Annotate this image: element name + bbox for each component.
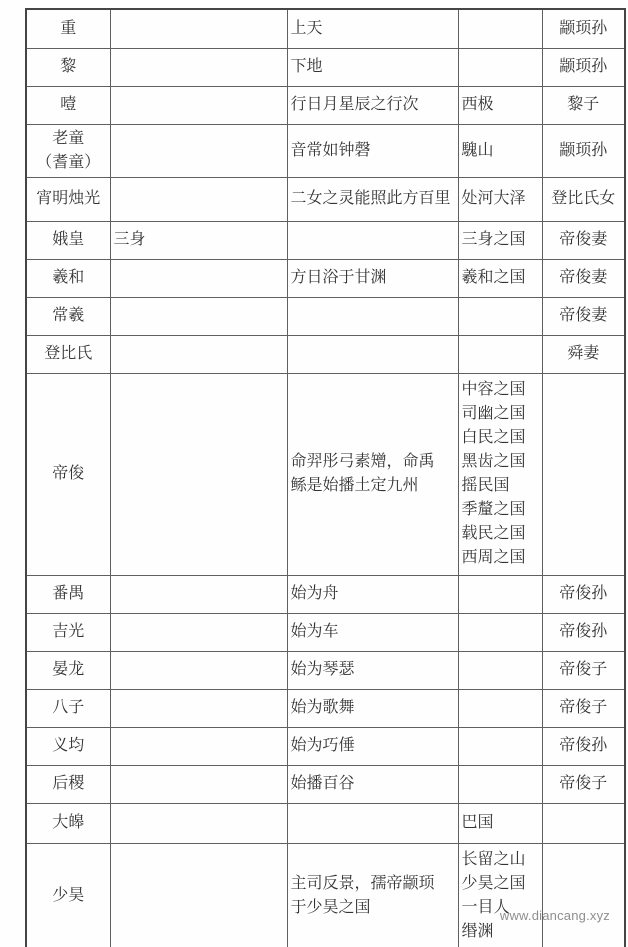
cell-figure-name: 宵明烛光 [26, 177, 110, 221]
cell-figure-place [458, 297, 542, 335]
cell-figure-name: 娥皇 [26, 221, 110, 259]
cell-figure-name: 老童 （耆童） [26, 124, 110, 177]
cell-figure-form [110, 613, 287, 651]
cell-figure-deeds: 下地 [287, 48, 458, 86]
cell-figure-name: 黎 [26, 48, 110, 86]
cell-figure-relation: 帝俊孙 [542, 613, 625, 651]
table-row: 帝俊 命羿彤弓素矰，命禹 鲧是始播土定九州 中容之国 司幽之国 白民之国 黑齿之… [26, 373, 625, 575]
cell-figure-place: 三身之国 [458, 221, 542, 259]
table-row: 番禺 始为舟 帝俊孙 [26, 575, 625, 613]
cell-figure-deeds [287, 297, 458, 335]
cell-figure-place [458, 613, 542, 651]
cell-figure-form [110, 803, 287, 843]
cell-figure-place [458, 9, 542, 48]
cell-figure-form [110, 124, 287, 177]
cell-figure-name: 重 [26, 9, 110, 48]
table-row: 后稷 始播百谷 帝俊子 [26, 765, 625, 803]
cell-figure-relation: 帝俊妻 [542, 297, 625, 335]
table-row: 老童 （耆童） 音常如钟磬 騩山 颛顼孙 [26, 124, 625, 177]
cell-figure-deeds: 主司反景，孺帝颛顼 于少昊之国 [287, 843, 458, 947]
cell-figure-place [458, 575, 542, 613]
cell-figure-place: 长留之山 少昊之国 一目人 缗渊 [458, 843, 542, 947]
mythology-figures-table: 重 上天 颛顼孙 黎 下地 颛顼孙 噎 行日月星辰之行次 西极 黎子 [25, 8, 626, 947]
cell-figure-relation: 颛顼孙 [542, 124, 625, 177]
cell-figure-deeds: 上天 [287, 9, 458, 48]
table-row: 常羲 帝俊妻 [26, 297, 625, 335]
cell-figure-name: 少昊 [26, 843, 110, 947]
cell-figure-place [458, 335, 542, 373]
cell-figure-relation: 帝俊子 [542, 651, 625, 689]
cell-figure-form [110, 48, 287, 86]
cell-figure-deeds: 始为车 [287, 613, 458, 651]
cell-figure-form [110, 651, 287, 689]
cell-figure-relation [542, 803, 625, 843]
table-body: 重 上天 颛顼孙 黎 下地 颛顼孙 噎 行日月星辰之行次 西极 黎子 [26, 9, 625, 947]
cell-figure-relation: 帝俊妻 [542, 259, 625, 297]
cell-figure-form [110, 373, 287, 575]
cell-figure-place [458, 765, 542, 803]
cell-figure-place [458, 689, 542, 727]
cell-figure-deeds: 始播百谷 [287, 765, 458, 803]
table-row: 羲和 方日浴于甘渊 羲和之国 帝俊妻 [26, 259, 625, 297]
table-row: 黎 下地 颛顼孙 [26, 48, 625, 86]
cell-figure-name: 吉光 [26, 613, 110, 651]
cell-figure-deeds [287, 335, 458, 373]
table-row: 重 上天 颛顼孙 [26, 9, 625, 48]
scanned-document-page: 重 上天 颛顼孙 黎 下地 颛顼孙 噎 行日月星辰之行次 西极 黎子 [0, 0, 628, 947]
cell-figure-place: 西极 [458, 86, 542, 124]
cell-figure-relation: 帝俊妻 [542, 221, 625, 259]
cell-figure-deeds: 方日浴于甘渊 [287, 259, 458, 297]
cell-figure-place [458, 651, 542, 689]
cell-figure-deeds: 始为巧倕 [287, 727, 458, 765]
table-row: 义均 始为巧倕 帝俊孙 [26, 727, 625, 765]
cell-figure-deeds: 始为琴瑟 [287, 651, 458, 689]
cell-figure-relation: 舜妻 [542, 335, 625, 373]
cell-figure-place [458, 48, 542, 86]
cell-figure-name: 大皞 [26, 803, 110, 843]
cell-figure-name: 后稷 [26, 765, 110, 803]
cell-figure-name: 晏龙 [26, 651, 110, 689]
table-row: 噎 行日月星辰之行次 西极 黎子 [26, 86, 625, 124]
cell-figure-place [458, 727, 542, 765]
cell-figure-relation [542, 843, 625, 947]
cell-figure-form [110, 259, 287, 297]
cell-figure-deeds: 命羿彤弓素矰，命禹 鲧是始播土定九州 [287, 373, 458, 575]
cell-figure-form [110, 689, 287, 727]
table-row: 大皞 巴国 [26, 803, 625, 843]
cell-figure-name: 番禺 [26, 575, 110, 613]
cell-figure-name: 羲和 [26, 259, 110, 297]
cell-figure-relation: 帝俊子 [542, 689, 625, 727]
cell-figure-name: 常羲 [26, 297, 110, 335]
cell-figure-form [110, 9, 287, 48]
cell-figure-form [110, 575, 287, 613]
cell-figure-place: 巴国 [458, 803, 542, 843]
cell-figure-name: 义均 [26, 727, 110, 765]
cell-figure-form [110, 765, 287, 803]
table-row: 登比氏 舜妻 [26, 335, 625, 373]
cell-figure-form [110, 177, 287, 221]
table-row: 宵明烛光 二女之灵能照此方百里 处河大泽 登比氏女 [26, 177, 625, 221]
cell-figure-place: 处河大泽 [458, 177, 542, 221]
cell-figure-form [110, 335, 287, 373]
cell-figure-relation: 帝俊子 [542, 765, 625, 803]
cell-figure-deeds: 始为舟 [287, 575, 458, 613]
cell-figure-name: 噎 [26, 86, 110, 124]
cell-figure-place: 騩山 [458, 124, 542, 177]
cell-figure-form: 三身 [110, 221, 287, 259]
table-row: 娥皇 三身 三身之国 帝俊妻 [26, 221, 625, 259]
cell-figure-deeds: 音常如钟磬 [287, 124, 458, 177]
cell-figure-form [110, 843, 287, 947]
cell-figure-deeds: 行日月星辰之行次 [287, 86, 458, 124]
cell-figure-form [110, 86, 287, 124]
cell-figure-deeds [287, 803, 458, 843]
cell-figure-deeds [287, 221, 458, 259]
cell-figure-deeds: 二女之灵能照此方百里 [287, 177, 458, 221]
table-row: 吉光 始为车 帝俊孙 [26, 613, 625, 651]
cell-figure-relation: 颛顼孙 [542, 9, 625, 48]
cell-figure-relation: 登比氏女 [542, 177, 625, 221]
cell-figure-place: 中容之国 司幽之国 白民之国 黑齿之国 摇民国 季釐之国 载民之国 西周之国 [458, 373, 542, 575]
cell-figure-place: 羲和之国 [458, 259, 542, 297]
table-row: 八子 始为歌舞 帝俊子 [26, 689, 625, 727]
cell-figure-name: 登比氏 [26, 335, 110, 373]
site-watermark: www.diancang.xyz [500, 908, 610, 923]
table-row: 少昊 主司反景，孺帝颛顼 于少昊之国 长留之山 少昊之国 一目人 缗渊 [26, 843, 625, 947]
cell-figure-name: 八子 [26, 689, 110, 727]
cell-figure-relation: 帝俊孙 [542, 575, 625, 613]
cell-figure-relation: 颛顼孙 [542, 48, 625, 86]
cell-figure-relation: 黎子 [542, 86, 625, 124]
cell-figure-relation: 帝俊孙 [542, 727, 625, 765]
cell-figure-form [110, 297, 287, 335]
table-row: 晏龙 始为琴瑟 帝俊子 [26, 651, 625, 689]
cell-figure-name: 帝俊 [26, 373, 110, 575]
cell-figure-deeds: 始为歌舞 [287, 689, 458, 727]
cell-figure-relation [542, 373, 625, 575]
cell-figure-form [110, 727, 287, 765]
